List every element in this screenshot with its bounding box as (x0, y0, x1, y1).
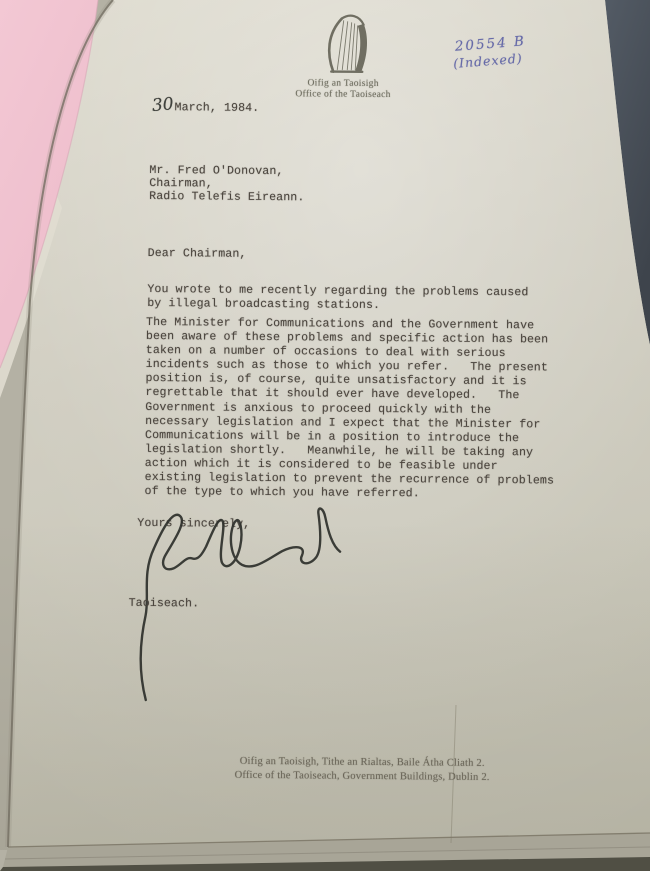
letterhead-block: Oifig an Taoisigh Office of the Taoiseac… (258, 78, 428, 101)
footer-block: Oifig an Taoisigh, Tithe an Rialtas, Bai… (132, 754, 592, 785)
body-paragraph-2: The Minister for Communications and the … (145, 316, 556, 503)
body-paragraph-1: You wrote to me recently regarding the p… (147, 283, 528, 315)
date-line: 30March, 1984. (152, 95, 260, 116)
signer-title: Taoiseach. (129, 597, 200, 611)
irish-harp-icon (318, 11, 375, 77)
recipient-address: Mr. Fred O'Donovan, Chairman, Radio Tele… (149, 164, 305, 205)
filing-annotation: 20554 B (Indexed) (454, 33, 527, 70)
letter-content: Oifig an Taoisigh Office of the Taoiseac… (0, 0, 650, 871)
handwritten-day: 30 (151, 94, 174, 116)
typed-date: March, 1984. (175, 101, 260, 115)
letter-photograph: Oifig an Taoisigh Office of the Taoiseac… (0, 0, 650, 871)
footer-address-english: Office of the Taoiseach, Government Buil… (132, 767, 592, 785)
letterhead-english: Office of the Taoiseach (258, 89, 428, 101)
salutation: Dear Chairman, (148, 247, 247, 261)
